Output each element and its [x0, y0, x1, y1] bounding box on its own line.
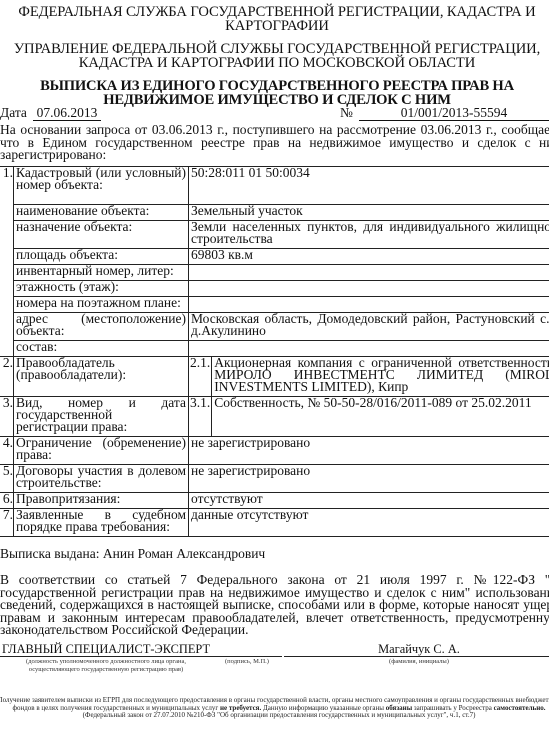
table-row: адрес (местоположение) объекта: Московск…	[0, 313, 549, 341]
date-value: 07.06.2013	[33, 105, 101, 121]
issued-to: Выписка выдана: Анин Роман Александрович	[0, 546, 265, 562]
signer-position: ГЛАВНЫЙ СПЕЦИАЛИСТ-ЭКСПЕРТ	[0, 643, 212, 657]
section-number: 1.	[0, 167, 14, 357]
subsection-number: 2.1.	[189, 357, 212, 397]
registry-table: 1. Кадастровый (или условный) номер объе…	[0, 166, 549, 537]
section-number: 2.	[0, 357, 14, 397]
signature-line	[212, 643, 282, 657]
row-value	[189, 281, 549, 297]
row-label: Заявленные в судебном порядке права треб…	[14, 509, 189, 537]
row-value: Собственность, № 50-50-28/016/2011-089 о…	[212, 397, 549, 437]
table-row: 5. Договоры участия в долевом строительс…	[0, 465, 549, 493]
row-value: 50:28:011 01 50:0034	[189, 167, 549, 205]
subsection-number: 3.1.	[189, 397, 212, 437]
row-label: Договоры участия в долевом строительстве…	[14, 465, 189, 493]
row-value: Акционерная компания с ограниченной отве…	[212, 357, 549, 397]
row-value: не зарегистрировано	[189, 465, 549, 493]
table-row: 1. Кадастровый (или условный) номер объе…	[0, 167, 549, 205]
table-row: назначение объекта: Земли населенных пун…	[0, 221, 549, 249]
document-title: ВЫПИСКА ИЗ ЕДИНОГО ГОСУДАРСТВЕННОГО РЕЕС…	[0, 79, 549, 107]
row-value	[189, 265, 549, 281]
row-value: Земли населенных пунктов, для индивидуал…	[189, 221, 549, 249]
row-value: 69803 кв.м	[189, 249, 549, 265]
row-label: назначение объекта:	[14, 221, 189, 249]
row-value: не зарегистрировано	[189, 437, 549, 465]
row-label: Кадастровый (или условный) номер объекта…	[14, 167, 189, 205]
signer-name: Магайчук С. А.	[284, 643, 549, 657]
number-label: №	[340, 105, 353, 121]
row-value: Московская область, Домодедовский район,…	[189, 313, 549, 341]
name-caption: (фамилия, инициалы)	[284, 658, 549, 665]
section-number: 5.	[0, 465, 14, 493]
agency-heading: ФЕДЕРАЛЬНАЯ СЛУЖБА ГОСУДАРСТВЕННОЙ РЕГИС…	[0, 5, 549, 33]
position-caption: (должность уполномоченного должностного …	[0, 658, 212, 673]
number-value: 01/001/2013-55594	[359, 105, 549, 121]
section-number: 3.	[0, 397, 14, 437]
document-page: ФЕДЕРАЛЬНАЯ СЛУЖБА ГОСУДАРСТВЕННОЙ РЕГИС…	[0, 0, 549, 107]
table-row: 7. Заявленные в судебном порядке права т…	[0, 509, 549, 537]
signature-block: ГЛАВНЫЙ СПЕЦИАЛИСТ-ЭКСПЕРТ (должность уп…	[0, 643, 549, 683]
row-label: Правообладатель (правообладатели):	[14, 357, 189, 397]
section-number: 4.	[0, 437, 14, 465]
row-value: данные отсутствуют	[189, 509, 549, 537]
table-row: 4. Ограничение (обременение) права: не з…	[0, 437, 549, 465]
date-label: Дата	[0, 105, 27, 121]
signature-caption: (подпись, М.П.)	[212, 658, 282, 665]
intro-paragraph: На основании запроса от 03.06.2013 г., п…	[0, 124, 549, 162]
row-label: Ограничение (обременение) права:	[14, 437, 189, 465]
footer-note: Получение заявителем выписки из ЕГРП для…	[0, 697, 549, 720]
section-number: 7.	[0, 509, 14, 537]
table-row: 2. Правообладатель (правообладатели): 2.…	[0, 357, 549, 397]
row-label: Вид, номер и дата государственной регист…	[14, 397, 189, 437]
department-heading: УПРАВЛЕНИЕ ФЕДЕРАЛЬНОЙ СЛУЖБЫ ГОСУДАРСТВ…	[0, 42, 549, 70]
date-number-line: Дата 07.06.2013 № 01/001/2013-55594	[0, 105, 549, 121]
table-row: 3. Вид, номер и дата государственной рег…	[0, 397, 549, 437]
law-notice: В соответствии со статьей 7 Федерального…	[0, 574, 549, 637]
row-label: адрес (местоположение) объекта:	[14, 313, 189, 341]
